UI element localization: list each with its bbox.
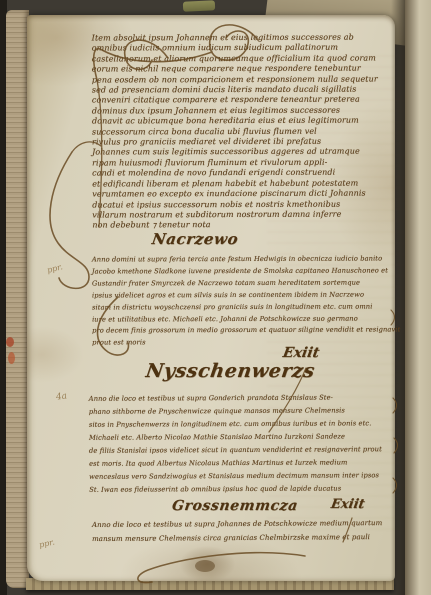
manuscript-line: donavit ac ubicumque bona hereditaria ei… bbox=[92, 116, 392, 127]
manuscript-line: Item absolvit ipsum Johannem et eius leg… bbox=[92, 32, 392, 43]
manuscript-line: pro decem finis grossorum in medio gross… bbox=[92, 325, 395, 338]
facing-page-edge bbox=[405, 0, 431, 595]
manuscript-line: prout est moris bbox=[92, 337, 395, 350]
text-block-1: Item absolvit ipsum Johannem et eius leg… bbox=[92, 32, 393, 231]
side-note-exiit: Exiit bbox=[282, 345, 321, 361]
manuscript-line: St. Iwan eos fideiusserint ab omnibus ip… bbox=[89, 482, 397, 497]
manuscript-line: verumtamen eo excepto ex inundacione pis… bbox=[92, 189, 392, 200]
manuscript-line: Anno die loco et testibus ut supra Johan… bbox=[92, 517, 394, 533]
section-heading-nysschenwerzs: Nysschenwerzs bbox=[144, 360, 316, 382]
text-block-4: Anno die loco et testibus ut supra Johan… bbox=[92, 517, 394, 546]
book-headband bbox=[183, 0, 215, 12]
text-block-2: Anno domini ut supra feria tercia ante f… bbox=[92, 253, 395, 349]
manuscript-line: sitam in districtu woyschczensi pro gran… bbox=[92, 301, 395, 314]
text-block-3: Anno die loco et testibus ut supra Gonde… bbox=[89, 391, 398, 497]
manuscript-line: Anno domini ut supra feria tercia ante f… bbox=[92, 253, 395, 266]
side-note-exiit: Exiit bbox=[330, 497, 366, 512]
manuscript-line: eorum eis nichil neque comparere neque r… bbox=[92, 64, 392, 75]
manuscript-line: non debebunt ⁊ tenetur nota bbox=[92, 220, 392, 231]
manuscript-line: Johannes cum suis legitimis successoribu… bbox=[92, 147, 392, 158]
page-edges-left bbox=[6, 10, 29, 588]
manuscript-line: sitos in Pnyschenwerzs in longitudinem e… bbox=[89, 417, 397, 432]
red-edge-mark bbox=[6, 337, 14, 347]
manuscript-line: ipsius videlicet agros et cum silvis sui… bbox=[92, 289, 395, 302]
section-heading-nacrzewo: Nacrzewo bbox=[151, 230, 240, 248]
manuscript-photo: Item absolvit ipsum Johannem et eius leg… bbox=[0, 0, 431, 595]
manuscript-line: conveniri citatique comparere et respond… bbox=[92, 95, 392, 106]
manuscript-line: de filiis Stanislai ipsos videlicet sicu… bbox=[89, 443, 397, 458]
manuscript-line: Gustandir frater Smyrczek de Nacrzewo to… bbox=[92, 277, 395, 290]
section-heading-grossnemmcza: Grossnemmcza bbox=[171, 498, 299, 514]
manuscript-line: iure et utilitatibus etc. Michaeli etc. … bbox=[92, 313, 395, 326]
margin-note: 4a bbox=[55, 391, 67, 402]
manuscript-line: wenceslaus vero Sandziwogius et Stanisla… bbox=[89, 469, 397, 484]
manuscript-line: Jacobo kmethone Sladkone iuvene presiden… bbox=[92, 265, 395, 278]
manuscript-line: mansum mensure Chelmensis circa granicia… bbox=[92, 530, 394, 546]
red-edge-mark bbox=[8, 352, 15, 364]
